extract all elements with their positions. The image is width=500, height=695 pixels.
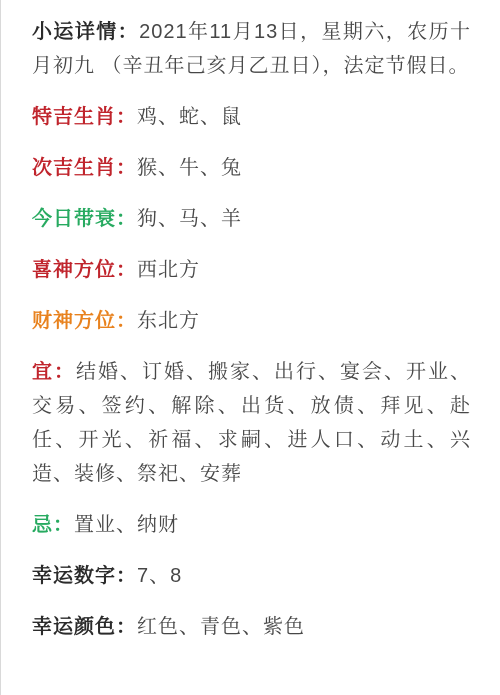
fortune-row: 忌：置业、纳财 <box>32 508 471 542</box>
fortune-row: 今日带衰：狗、马、羊 <box>32 202 471 236</box>
row-value: 红色、青色、紫色 <box>137 616 305 638</box>
fortune-row: 次吉生肖：猴、牛、兔 <box>32 151 471 185</box>
fortune-row: 小运详情：2021年11月13日，星期六，农历十月初九 （辛丑年己亥月乙丑日），… <box>32 15 471 83</box>
row-value: 狗、马、羊 <box>137 208 242 230</box>
row-label: 次吉生肖： <box>32 157 137 179</box>
fortune-row: 特吉生肖：鸡、蛇、鼠 <box>32 100 471 134</box>
row-value: 结婚、订婚、搬家、出行、宴会、开业、交易、签约、解除、出货、放债、拜见、赴任、开… <box>32 361 471 485</box>
fortune-row: 宜：结婚、订婚、搬家、出行、宴会、开业、交易、签约、解除、出货、放债、拜见、赴任… <box>32 355 471 491</box>
row-value: 鸡、蛇、鼠 <box>137 106 242 128</box>
row-value: 置业、纳财 <box>74 514 179 536</box>
fortune-row: 幸运数字：7、8 <box>32 559 471 593</box>
row-label: 宜： <box>32 361 76 383</box>
row-value: 西北方 <box>137 259 200 281</box>
fortune-row: 财神方位：东北方 <box>32 304 471 338</box>
fortune-detail-card: 小运详情：2021年11月13日，星期六，农历十月初九 （辛丑年己亥月乙丑日），… <box>0 0 500 695</box>
row-value: 7、8 <box>137 565 182 587</box>
fortune-row: 喜神方位：西北方 <box>32 253 471 287</box>
row-label: 幸运颜色： <box>32 616 137 638</box>
row-value: 猴、牛、兔 <box>137 157 242 179</box>
row-label: 今日带衰： <box>32 208 137 230</box>
row-label: 幸运数字： <box>32 565 137 587</box>
row-label: 财神方位： <box>32 310 137 332</box>
fortune-rows: 小运详情：2021年11月13日，星期六，农历十月初九 （辛丑年己亥月乙丑日），… <box>32 15 471 644</box>
fortune-row: 幸运颜色：红色、青色、紫色 <box>32 610 471 644</box>
row-label: 喜神方位： <box>32 259 137 281</box>
row-label: 特吉生肖： <box>32 106 137 128</box>
row-label: 忌： <box>32 514 74 536</box>
row-value: 东北方 <box>137 310 200 332</box>
row-label: 小运详情： <box>32 21 139 43</box>
